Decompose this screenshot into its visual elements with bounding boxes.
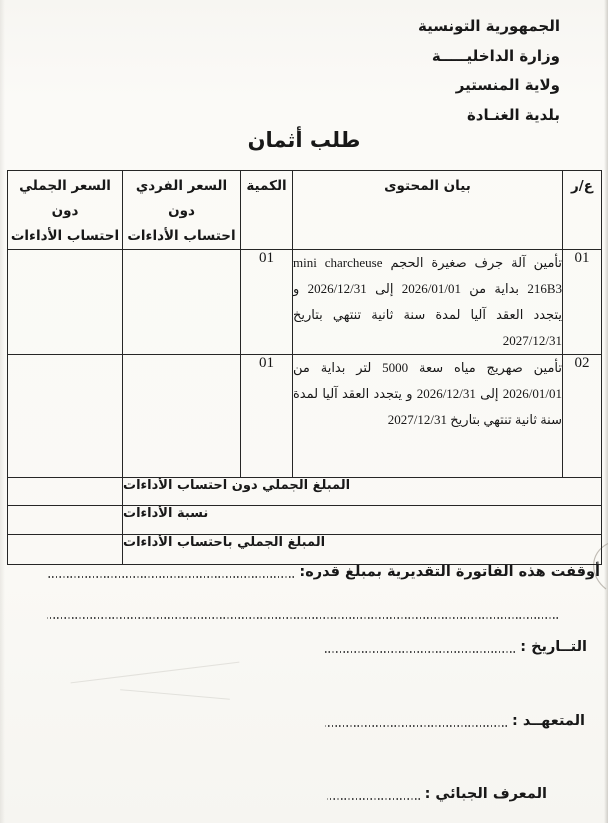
amount-statement-label: أوقفت هذه الفاتورة التقديرية بمبلغ قدره: xyxy=(299,561,600,583)
col-header-total-price: السعر الجملي دون احتساب الأداءات xyxy=(8,171,123,250)
table-row: 02 تأمين صهريج مياه سعة 5000 لتر بداية م… xyxy=(8,355,602,478)
scan-edge-shadow-left xyxy=(0,0,5,823)
date-row: التــاريخ : xyxy=(323,636,587,658)
tax-id-dotted-line xyxy=(327,798,420,800)
tax-id-row: المعرف الجبائي : xyxy=(327,783,547,805)
summary-value-cell xyxy=(8,478,123,506)
scan-edge-shadow-right xyxy=(604,0,608,823)
quantity-cell: 01 xyxy=(241,250,293,355)
scan-streak xyxy=(71,662,240,684)
amount-dotted-line xyxy=(47,576,294,578)
price-request-table: ع/ر بيان المحتوى الكمية السعر الفردي دون… xyxy=(7,170,602,565)
description-cell: تأمين آلة جرف صغيرة الحجم mini charcheus… xyxy=(293,250,563,355)
table-header-row: ع/ر بيان المحتوى الكمية السعر الفردي دون… xyxy=(8,171,602,250)
col-header-description: بيان المحتوى xyxy=(293,171,563,250)
unit-price-cell xyxy=(123,355,241,478)
letterhead-line-governorate: ولاية المنستير xyxy=(418,71,560,101)
scan-streak xyxy=(120,689,230,700)
serial-cell: 02 xyxy=(563,355,602,478)
summary-label-cell: المبلغ الجملي باحتساب الأداءات xyxy=(123,535,602,565)
date-dotted-line xyxy=(323,651,515,653)
summary-value-cell xyxy=(8,535,123,565)
summary-value-cell xyxy=(8,506,123,535)
letterhead-line-ministry: وزارة الداخليـــــة xyxy=(418,42,560,72)
unit-price-cell xyxy=(123,250,241,355)
col-header-unit-price-line1: السعر الفردي دون xyxy=(123,174,240,224)
scanned-price-request-document: الجمهورية التونسية وزارة الداخليـــــة و… xyxy=(0,0,608,823)
summary-label-cell: المبلغ الجملي دون احتساب الأداءات xyxy=(123,478,602,506)
amount-statement-row: أوقفت هذه الفاتورة التقديرية بمبلغ قدره: xyxy=(47,561,600,583)
summary-row: المبلغ الجملي دون احتساب الأداءات xyxy=(8,478,602,506)
total-price-cell xyxy=(8,250,123,355)
col-header-unit-price-line2: احتساب الأداءات xyxy=(123,224,240,249)
date-label: التــاريخ : xyxy=(520,636,587,658)
summary-row: المبلغ الجملي باحتساب الأداءات xyxy=(8,535,602,565)
contractor-dotted-line xyxy=(325,725,507,727)
letterhead-line-municipality: بلدية الغنـادة xyxy=(418,101,560,131)
col-header-total-price-line2: احتساب الأداءات xyxy=(8,224,122,249)
total-price-cell xyxy=(8,355,123,478)
col-header-total-price-line1: السعر الجملي دون xyxy=(8,174,122,224)
contractor-row: المتعهــد : xyxy=(325,710,585,732)
description-cell: تأمين صهريج مياه سعة 5000 لتر بداية من 2… xyxy=(293,355,563,478)
page-title: طلب أثمان xyxy=(0,128,608,152)
col-header-quantity: الكمية xyxy=(241,171,293,250)
tax-id-label: المعرف الجبائي : xyxy=(425,783,547,805)
table-row: 01 تأمين آلة جرف صغيرة الحجم mini charch… xyxy=(8,250,602,355)
summary-label-cell: نسبة الأداءات xyxy=(123,506,602,535)
serial-cell: 01 xyxy=(563,250,602,355)
letterhead-line-republic: الجمهورية التونسية xyxy=(418,12,560,42)
summary-row: نسبة الأداءات xyxy=(8,506,602,535)
amount-dotted-line-continuation xyxy=(47,617,558,619)
letterhead: الجمهورية التونسية وزارة الداخليـــــة و… xyxy=(418,12,560,130)
col-header-unit-price: السعر الفردي دون احتساب الأداءات xyxy=(123,171,241,250)
contractor-label: المتعهــد : xyxy=(512,710,585,732)
col-header-serial: ع/ر xyxy=(563,171,602,250)
quantity-cell: 01 xyxy=(241,355,293,478)
